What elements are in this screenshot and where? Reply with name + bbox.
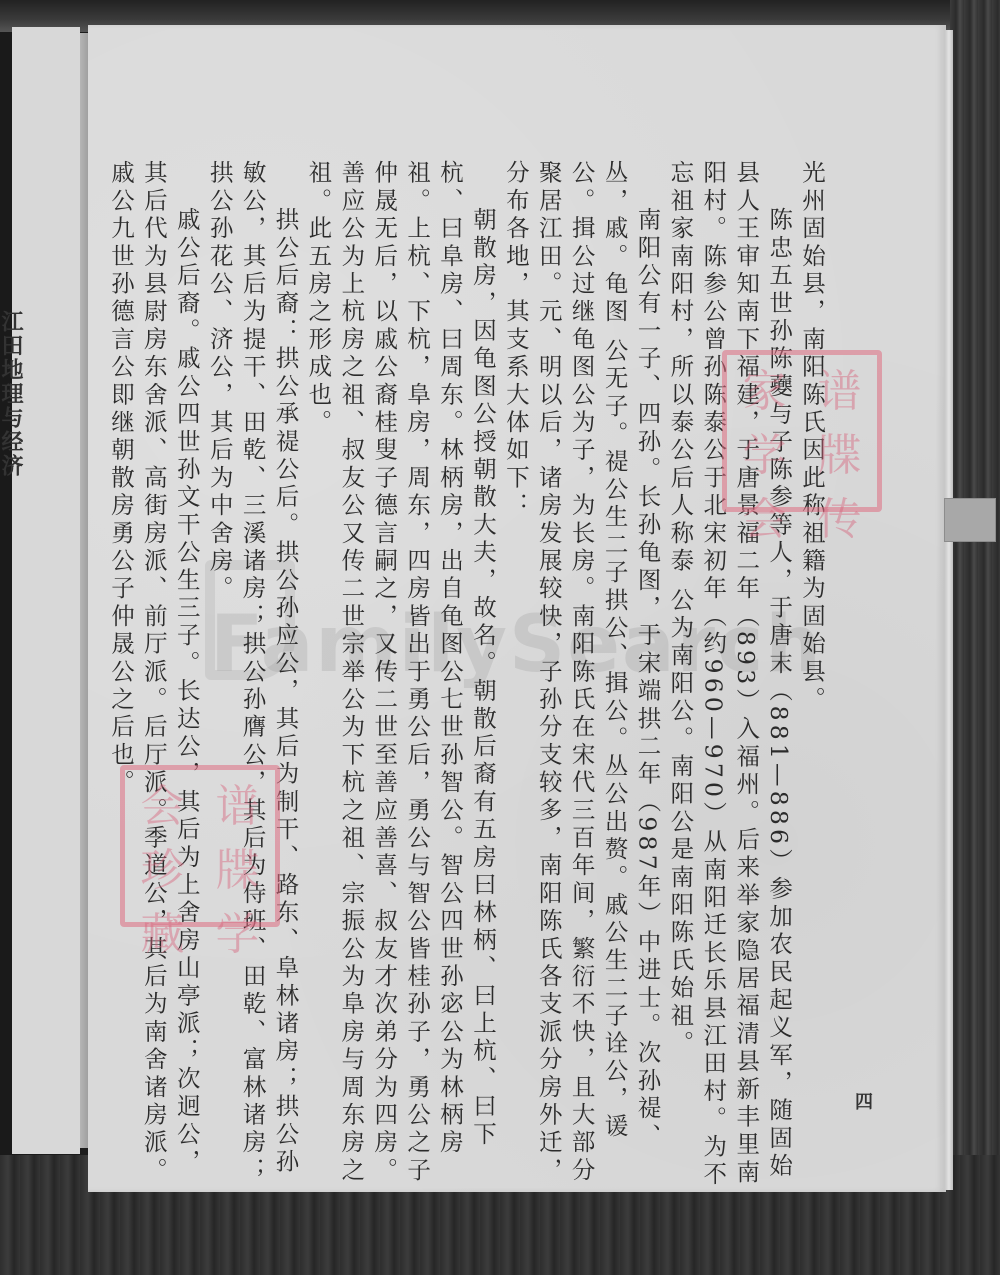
paragraph-gong-descendants: 拱公后裔：拱公承禔公后。拱公孙应公，其后为制干、路东、阜林诸房；拱公孙敏公，其后… xyxy=(203,160,302,1190)
paragraph-migration-history: 陈忠五世孙陈蘷与子陈参等人，于唐末（881—886）参加农民起义军，随固始县人王… xyxy=(663,160,795,1190)
scanned-book-scene: 江田地理与经济 FamilySearch 光州固始县，南阳陈氏因此称祖籍为固始县… xyxy=(0,0,1000,1275)
page-tab-marker xyxy=(944,498,996,542)
paragraph-qi-descendants: 戚公后裔。戚公四世孙文干公生三子。长达公，其后为上舍房山亭派；次迥公，其后代为县… xyxy=(104,160,203,1190)
page-text-body: 光州固始县，南阳陈氏因此称祖籍为固始县。 陈忠五世孙陈蘷与子陈参等人，于唐末（8… xyxy=(168,160,828,1190)
paragraph-nanyang-descendants: 南阳公有一子、四孙。长孙龟图，于宋端拱二年（987年）中进士。次孙禔、丛，戚。龟… xyxy=(499,160,664,1190)
page-number: 四 xyxy=(855,1088,873,1114)
spine-title: 江田地理与经济 xyxy=(0,310,26,478)
paragraph-chaosan-branch: 朝散房，因龟图公授朝散大夫，故名。朝散后裔有五房曰林柄、曰上杭、曰下杭、曰阜房、… xyxy=(302,160,499,1190)
previous-page-fragment xyxy=(12,27,80,1154)
right-background-strips xyxy=(950,0,1000,1275)
page-edge xyxy=(945,30,953,1190)
paragraph-continuation: 光州固始县，南阳陈氏因此称祖籍为固始县。 xyxy=(795,160,828,1190)
